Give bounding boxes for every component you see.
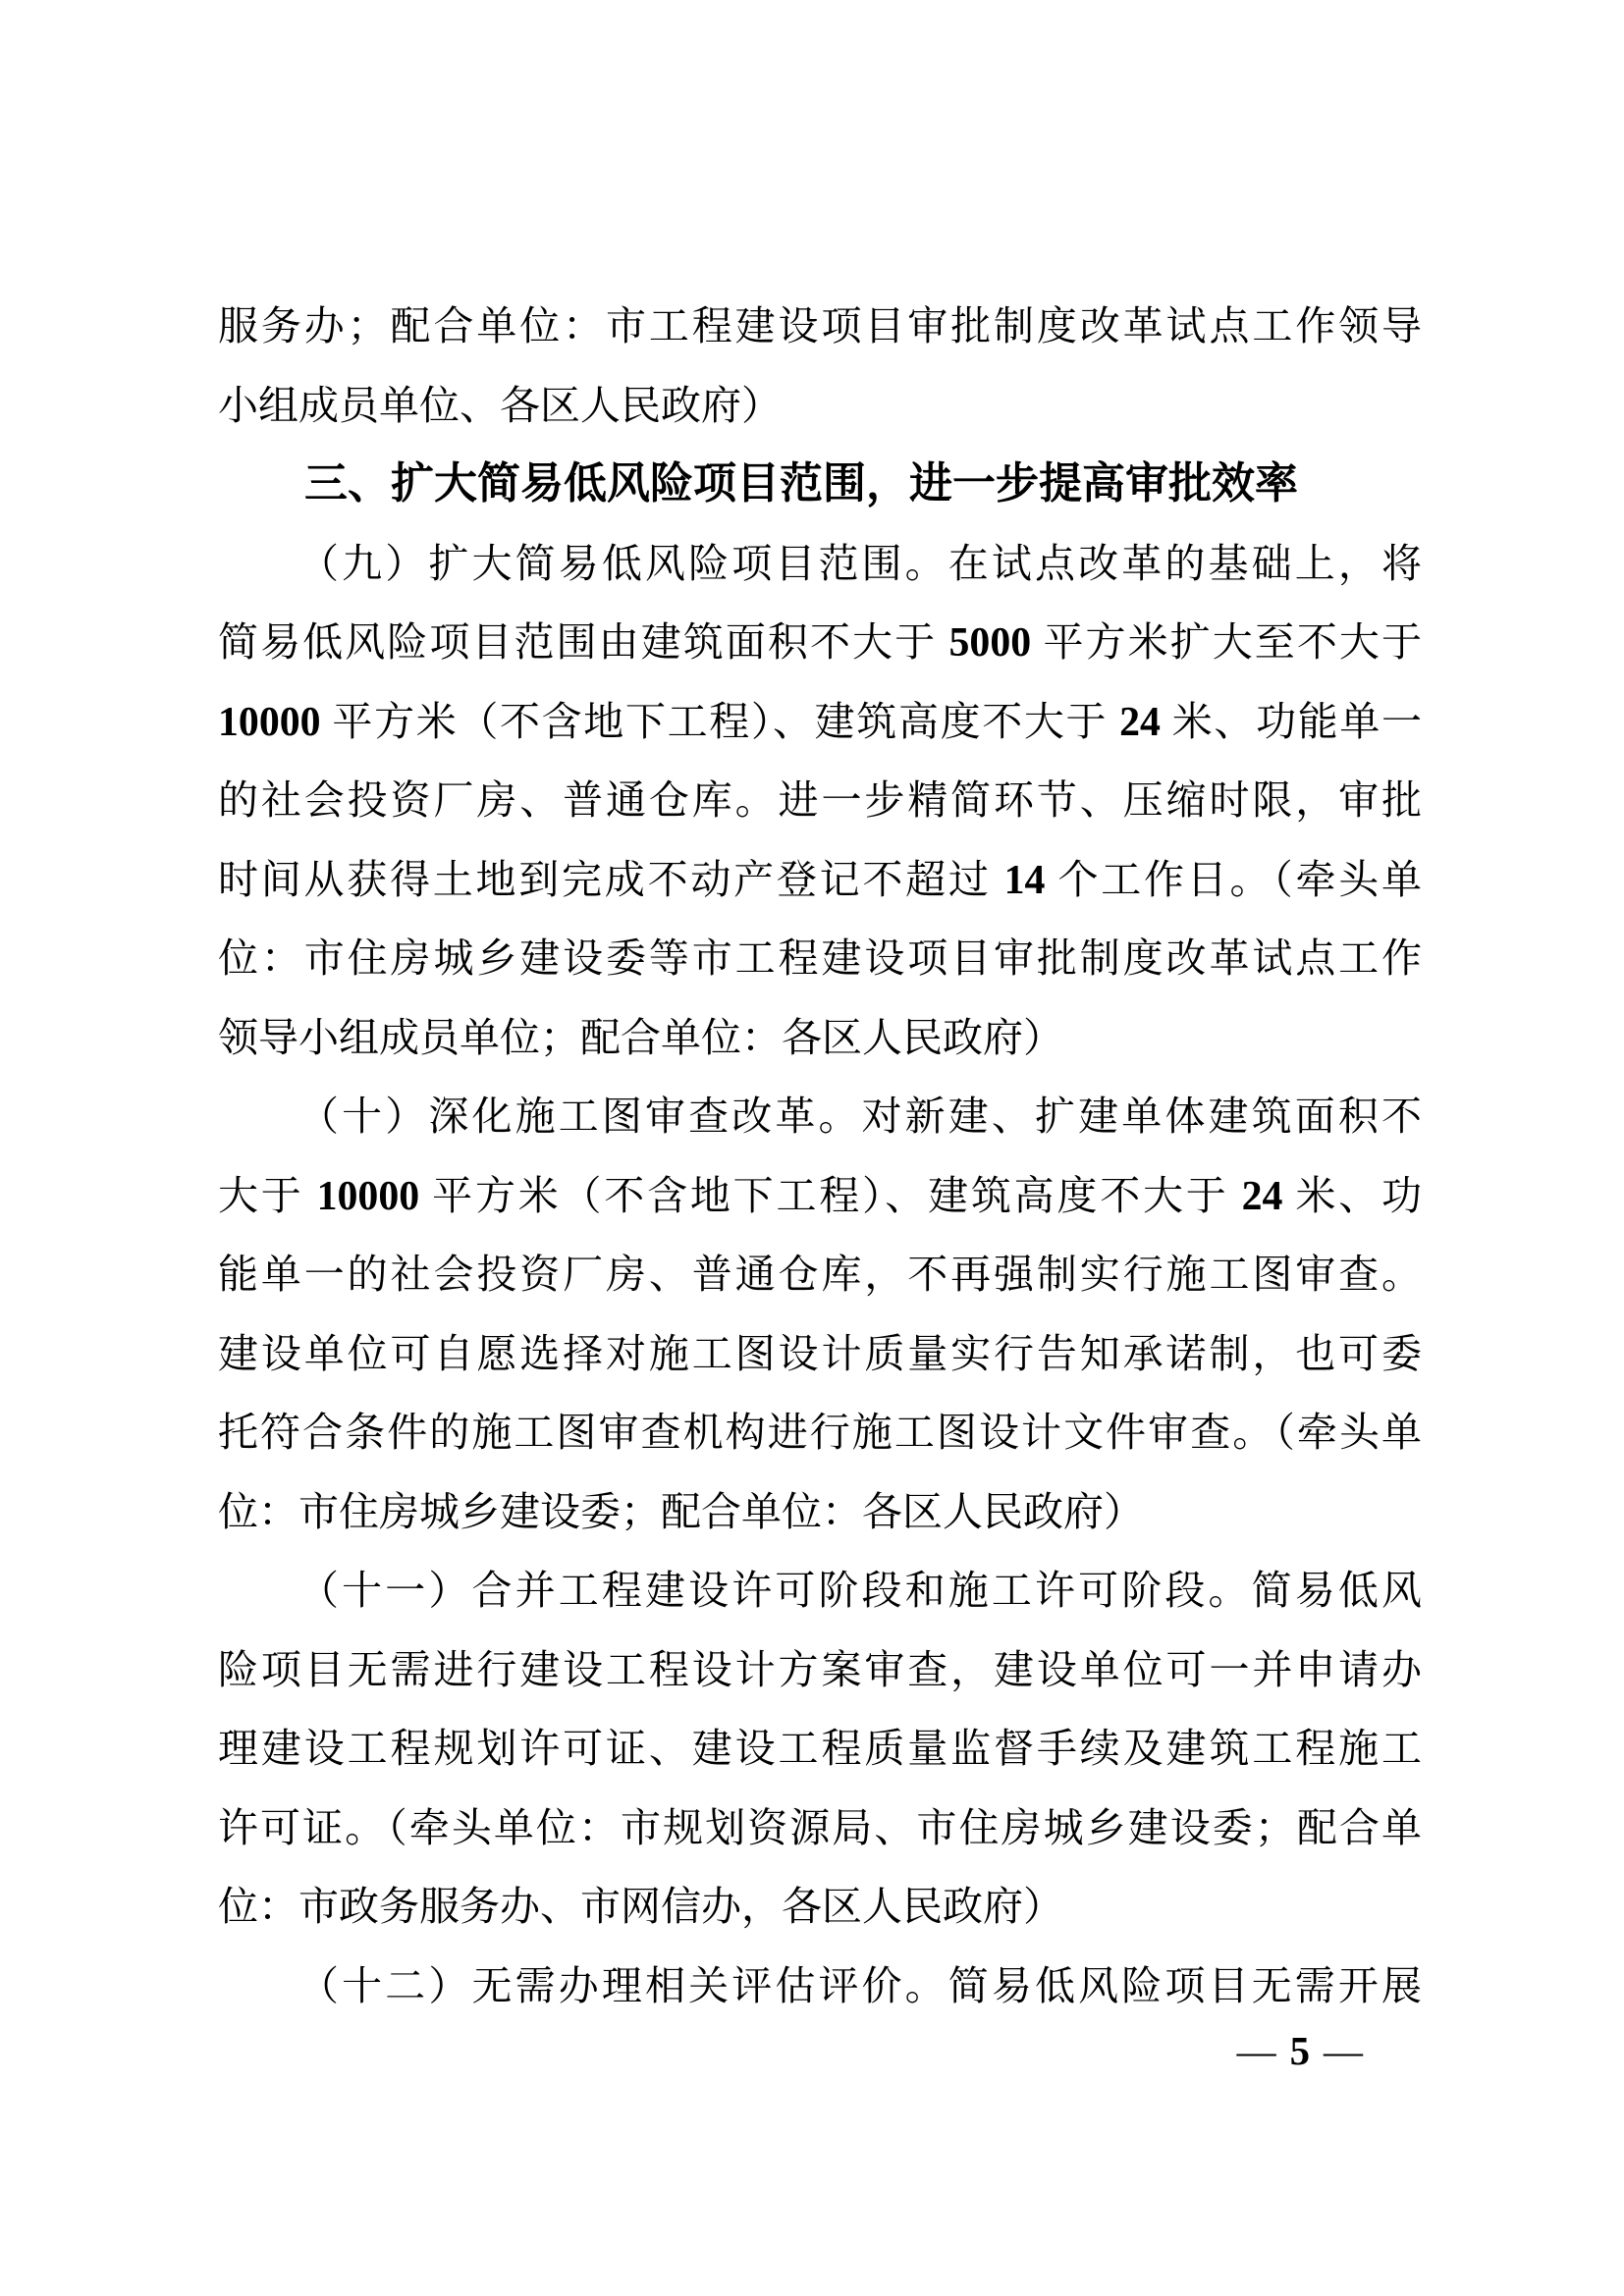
text-line: 位：市住房城乡建设委等市工程建设项目审批制度改革试点工作 <box>218 919 1422 998</box>
text-line: 许可证。（牵头单位：市规划资源局、市住房城乡建设委；配合单 <box>218 1789 1422 1868</box>
text-line: 10000 平方米（不含地下工程）、建筑高度不大于 24 米、功能单一 <box>218 682 1422 762</box>
text-line: 能单一的社会投资厂房、普通仓库，不再强制实行施工图审查。 <box>218 1235 1422 1314</box>
bold-number: 24 <box>1242 1174 1283 1219</box>
text-block: 服务办；配合单位：市工程建设项目审批制度改革试点工作领导小组成员单位、各区人民政… <box>218 287 1422 2025</box>
text-line: （九）扩大简易低风险项目范围。在试点改革的基础上，将 <box>218 524 1422 604</box>
bold-number: 10000 <box>218 700 321 745</box>
text-line: 领导小组成员单位；配合单位：各区人民政府） <box>218 998 1422 1078</box>
bold-number: 5000 <box>949 620 1032 666</box>
text-line: 理建设工程规划许可证、建设工程质量监督手续及建筑工程施工 <box>218 1709 1422 1789</box>
text-line: 小组成员单位、各区人民政府） <box>218 366 1422 446</box>
text-line: 险项目无需进行建设工程设计方案审查，建设单位可一并申请办 <box>218 1630 1422 1710</box>
text-line: 简易低风险项目范围由建筑面积不大于 5000 平方米扩大至不大于 <box>218 603 1422 682</box>
text-line: （十二）无需办理相关评估评价。简易低风险项目无需开展 <box>218 1947 1422 2026</box>
text-line: 建设单位可自愿选择对施工图设计质量实行告知承诺制，也可委 <box>218 1314 1422 1394</box>
bold-number: 24 <box>1119 700 1161 745</box>
text-line: 大于 10000 平方米（不含地下工程）、建筑高度不大于 24 米、功 <box>218 1156 1422 1236</box>
document-page: 服务办；配合单位：市工程建设项目审批制度改革试点工作领导小组成员单位、各区人民政… <box>0 0 1624 2296</box>
page-number: — 5 — <box>1237 2028 1365 2075</box>
text-line: 位：市政务服务办、市网信办，各区人民政府） <box>218 1867 1422 1947</box>
section-heading: 三、扩大简易低风险项目范围，进一步提高审批效率 <box>218 445 1422 524</box>
text-line: （十）深化施工图审查改革。对新建、扩建单体建筑面积不 <box>218 1077 1422 1156</box>
bold-number: 14 <box>1004 858 1046 903</box>
text-line: 位：市住房城乡建设委；配合单位：各区人民政府） <box>218 1472 1422 1552</box>
text-line: 服务办；配合单位：市工程建设项目审批制度改革试点工作领导 <box>218 287 1422 366</box>
text-line: 的社会投资厂房、普通仓库。进一步精简环节、压缩时限，审批 <box>218 761 1422 840</box>
bold-number: 10000 <box>317 1174 420 1219</box>
text-line: 时间从获得土地到完成不动产登记不超过 14 个工作日。（牵头单 <box>218 840 1422 920</box>
text-line: 托符合条件的施工图审查机构进行施工图设计文件审查。（牵头单 <box>218 1393 1422 1472</box>
text-line: （十一）合并工程建设许可阶段和施工许可阶段。简易低风 <box>218 1551 1422 1630</box>
bold-number: 5 <box>1290 2029 1312 2073</box>
